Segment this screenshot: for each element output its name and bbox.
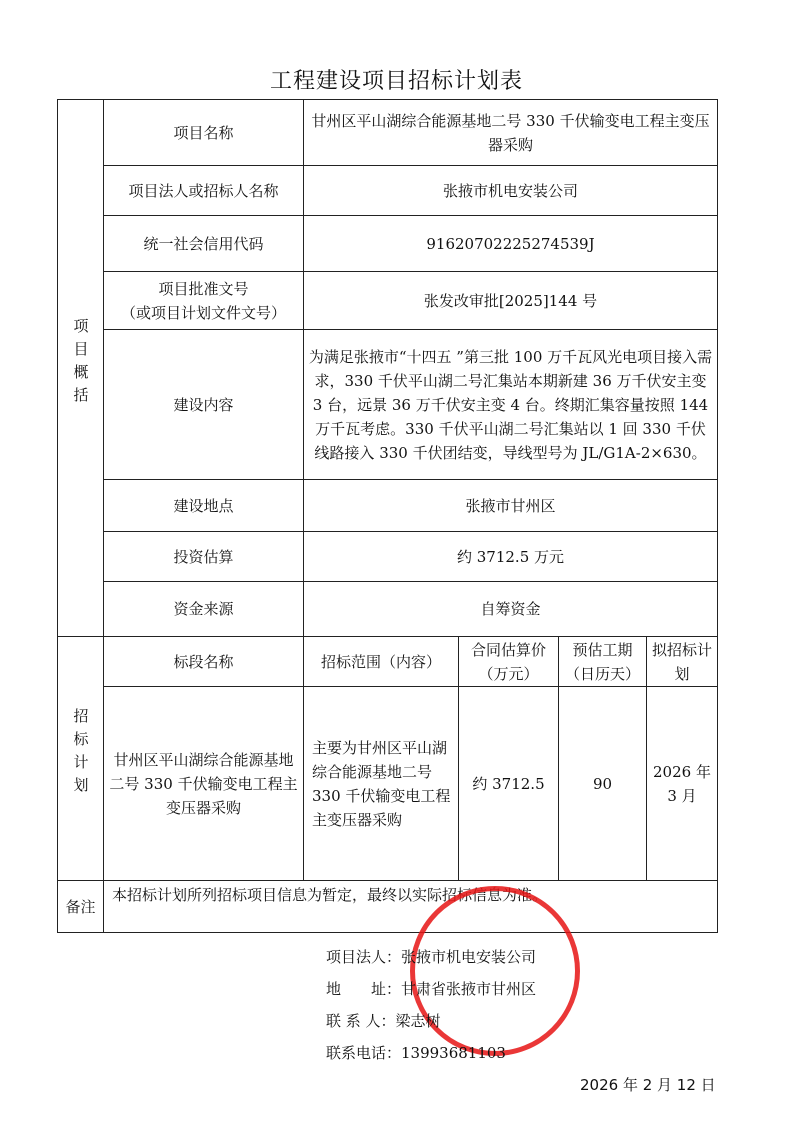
value-content: 为满足张掖市“十四五 ”第三批 100 万千瓦风光电项目接入需求，330 千伏平… bbox=[304, 330, 718, 480]
value-tenderer: 张掖市机电安装公司 bbox=[304, 166, 718, 216]
header-lot-name: 标段名称 bbox=[104, 637, 304, 687]
cell-lot-name: 甘州区平山湖综合能源基地二号 330 千伏输变电工程主变压器采购 bbox=[104, 687, 304, 881]
signature-phone: 联系电话：13993681103 bbox=[326, 1042, 506, 1063]
label-location: 建设地点 bbox=[104, 480, 304, 532]
value-credit-code: 91620702225274539J bbox=[304, 216, 718, 272]
value-location: 张掖市甘州区 bbox=[304, 480, 718, 532]
cell-duration: 90 bbox=[559, 687, 647, 881]
plan-table: 项目概括 项目名称 甘州区平山湖综合能源基地二号 330 千伏输变电工程主变压器… bbox=[57, 99, 718, 933]
cell-scope: 主要为甘州区平山湖综合能源基地二号 330 千伏输变电工程主变压器采购 bbox=[304, 687, 459, 881]
signature-address: 地 址：甘肃省张掖市甘州区 bbox=[326, 978, 536, 999]
value-approval-no: 张发改审批[2025]144 号 bbox=[304, 272, 718, 330]
value-funding: 自筹资金 bbox=[304, 582, 718, 637]
overview-section-label: 项目概括 bbox=[58, 100, 104, 637]
header-price: 合同估算价（万元） bbox=[459, 637, 559, 687]
label-project-name: 项目名称 bbox=[104, 100, 304, 166]
cell-price: 约 3712.5 bbox=[459, 687, 559, 881]
document-title: 工程建设项目招标计划表 bbox=[0, 64, 793, 95]
document-date: 2026 年 2 月 12 日 bbox=[580, 1074, 716, 1095]
value-investment: 约 3712.5 万元 bbox=[304, 532, 718, 582]
header-duration: 预估工期（日历天） bbox=[559, 637, 647, 687]
label-credit-code: 统一社会信用代码 bbox=[104, 216, 304, 272]
label-tenderer: 项目法人或招标人名称 bbox=[104, 166, 304, 216]
signature-legal: 项目法人：张掖市机电安装公司 bbox=[326, 946, 536, 967]
signature-contact: 联 系 人：梁志树 bbox=[326, 1010, 441, 1031]
label-investment: 投资估算 bbox=[104, 532, 304, 582]
plan-section-label: 招标计划 bbox=[58, 637, 104, 881]
cell-schedule: 2026 年 3 月 bbox=[647, 687, 718, 881]
note-text: 本招标计划所列招标项目信息为暂定，最终以实际招标信息为准。 bbox=[104, 881, 718, 933]
value-project-name: 甘州区平山湖综合能源基地二号 330 千伏输变电工程主变压器采购 bbox=[304, 100, 718, 166]
header-schedule: 拟招标计划 bbox=[647, 637, 718, 687]
note-label: 备注 bbox=[58, 881, 104, 933]
label-content: 建设内容 bbox=[104, 330, 304, 480]
label-funding: 资金来源 bbox=[104, 582, 304, 637]
label-approval-no: 项目批准文号 （或项目计划文件文号） bbox=[104, 272, 304, 330]
header-scope: 招标范围（内容） bbox=[304, 637, 459, 687]
